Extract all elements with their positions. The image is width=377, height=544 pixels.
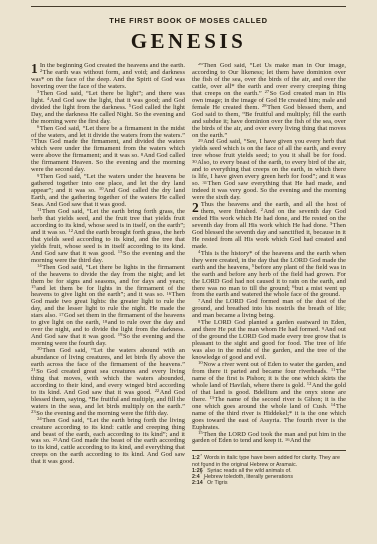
- footnote-marker: *: [200, 471, 203, 476]
- verse-number: 11: [331, 367, 336, 372]
- verse-number: 23: [31, 409, 36, 414]
- verse-number: 8: [141, 152, 144, 157]
- verse-number: 16: [166, 291, 171, 296]
- verse-number: 14: [331, 402, 336, 407]
- book-title: GENESIS: [31, 29, 346, 54]
- header-rule-divider: [31, 6, 346, 7]
- verse-number: 15: [198, 430, 203, 435]
- bible-paragraph: 3Then God said, “Let there be light”; an…: [31, 91, 185, 126]
- footnote-ref: 2:14: [192, 480, 203, 486]
- verse-number: 16: [285, 437, 290, 442]
- footnote-ref: 1:2: [192, 455, 200, 461]
- footnote-marker: *: [203, 477, 206, 482]
- verse-number: 10: [99, 186, 104, 191]
- verse-number: 19: [118, 332, 123, 337]
- verse-number: 13: [209, 395, 214, 400]
- bible-paragraph: 2Thus the heavens and the earth, and all…: [192, 202, 346, 251]
- book-kicker: THE FIRST BOOK OF MOSES CALLED: [31, 16, 346, 25]
- verse-number: 4: [198, 249, 201, 254]
- bible-paragraph: 15Then the LORD God took the man and put…: [192, 432, 346, 446]
- verse-number: 29: [198, 138, 203, 143]
- chapter-number-dropcap: 1: [31, 63, 40, 76]
- verse-number: 31: [202, 180, 207, 185]
- bible-paragraph: 26Then God said, “Let Us make man in Our…: [192, 63, 346, 139]
- text-columns: 1In the beginning God created the heaven…: [31, 63, 346, 541]
- bible-paragraph: 29And God said, “See, I have given you e…: [192, 139, 346, 202]
- verse-number: 12: [68, 228, 73, 233]
- verse-number: 9: [37, 173, 40, 178]
- left-text-column: 1In the beginning God created the heaven…: [31, 63, 185, 541]
- verse-number: 18: [103, 319, 108, 324]
- bible-paragraph: 4This is the history* of the heavens and…: [192, 251, 346, 300]
- verse-number: 3: [330, 221, 333, 226]
- verse-number: 12: [307, 381, 312, 386]
- verse-number: 17: [59, 312, 64, 317]
- bible-paragraph: 1In the beginning God created the heaven…: [31, 63, 185, 91]
- chapter-number-dropcap: 2: [192, 202, 201, 215]
- verse-number: 5: [252, 263, 255, 268]
- verse-number: 11: [37, 207, 42, 212]
- verse-number: 14: [37, 263, 42, 268]
- verse-number: 30: [192, 159, 197, 164]
- footnote-marker: *: [203, 465, 206, 470]
- bible-paragraph: 10Now a river went out of Eden to water …: [192, 362, 346, 432]
- verse-number: 3: [37, 89, 40, 94]
- verse-number: 6: [292, 284, 295, 289]
- verse-number: 7: [198, 298, 201, 303]
- bible-paragraph: 24Then God said, “Let the earth bring fo…: [31, 418, 185, 467]
- verse-number: 20: [37, 346, 42, 351]
- bible-paragraph: 8The LORD God planted a garden eastward …: [192, 320, 346, 362]
- verse-number: 6: [37, 124, 40, 129]
- verse-number: 26: [198, 63, 203, 66]
- bible-page: THE FIRST BOOK OF MOSES CALLED GENESIS 1…: [0, 0, 377, 544]
- footnote-marker: *: [200, 453, 203, 458]
- right-text-column: 26Then God said, “Let Us make man in Our…: [192, 63, 346, 541]
- verse-number: 25: [53, 437, 58, 442]
- verse-number: 10: [198, 360, 203, 365]
- verse-number: 2: [40, 68, 43, 73]
- verse-number: 21: [31, 367, 36, 372]
- verse-number: 27: [265, 89, 270, 94]
- bible-paragraph: 14Then God said, “Let there be lights in…: [31, 265, 185, 348]
- verse-number: 15: [31, 284, 36, 289]
- bible-paragraph: 6Then God said, “Let there be a firmamen…: [31, 126, 185, 175]
- verse-number: 9: [322, 326, 325, 331]
- footnote-divider: [192, 450, 346, 451]
- verse-number: 5: [129, 103, 132, 108]
- verse-number: 2: [261, 207, 264, 212]
- verse-number: 28: [262, 103, 267, 108]
- verse-number: 4: [47, 96, 50, 101]
- verse-number: 7: [31, 138, 34, 143]
- footnote: 1:2* Words in italic type have been adde…: [192, 455, 346, 467]
- verse-number: 13: [118, 249, 123, 254]
- verse-number: 22: [155, 388, 160, 393]
- footnotes-block: 1:2* Words in italic type have been adde…: [192, 455, 346, 486]
- verse-number: 8: [198, 319, 201, 324]
- bible-paragraph: 9Then God said, “Let the waters under th…: [31, 174, 185, 209]
- footnote: 2:14* Or Tigris: [192, 480, 346, 486]
- bible-paragraph: 7And the LORD God formed man of the dust…: [192, 299, 346, 320]
- verse-number: 24: [37, 416, 42, 421]
- bible-paragraph: 11Then God said, “Let the earth bring fo…: [31, 209, 185, 265]
- bible-paragraph: 20Then God said, “Let the waters abound …: [31, 348, 185, 418]
